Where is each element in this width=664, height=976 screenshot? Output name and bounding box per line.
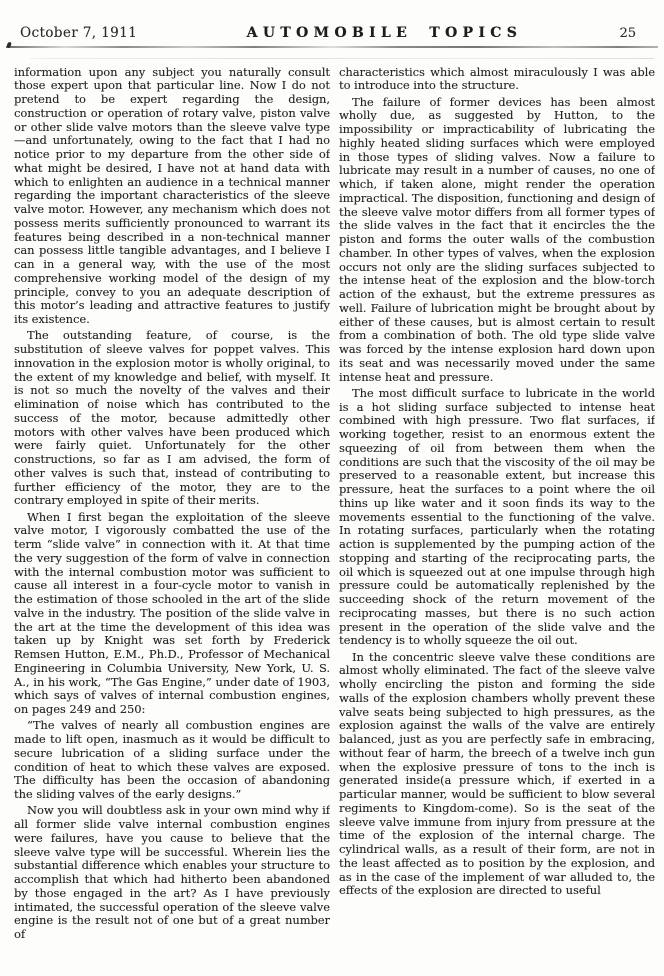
paragraph: The outstanding feature, of course, is t… [14, 329, 330, 508]
magazine-page-scan: October 7, 1911 AUTOMOBILE TOPICS 25 inf… [0, 0, 664, 976]
publication-title: AUTOMOBILE TOPICS [143, 25, 625, 41]
paragraph: The failure of former devices has been a… [339, 96, 655, 385]
paragraph: When I first began the exploitation of t… [14, 511, 330, 717]
paragraph: information upon any subject you natural… [14, 66, 330, 327]
masthead-rule [6, 46, 658, 48]
quotation-paragraph: “The valves of nearly all combustion eng… [14, 719, 330, 802]
article-body: information upon any subject you natural… [0, 59, 664, 972]
paragraph: characteristics which almost miraculousl… [339, 66, 655, 94]
issue-date: October 7, 1911 [20, 25, 137, 41]
masthead: October 7, 1911 AUTOMOBILE TOPICS 25 [0, 0, 664, 41]
paragraph: Now you will doubtless ask in your own m… [14, 804, 330, 942]
left-column: information upon any subject you natural… [14, 66, 330, 972]
paragraph: The most difficult surface to lubricate … [339, 387, 655, 648]
paragraph: In the concentric sleeve valve these con… [339, 651, 655, 899]
right-column: characteristics which almost miraculousl… [339, 66, 655, 972]
